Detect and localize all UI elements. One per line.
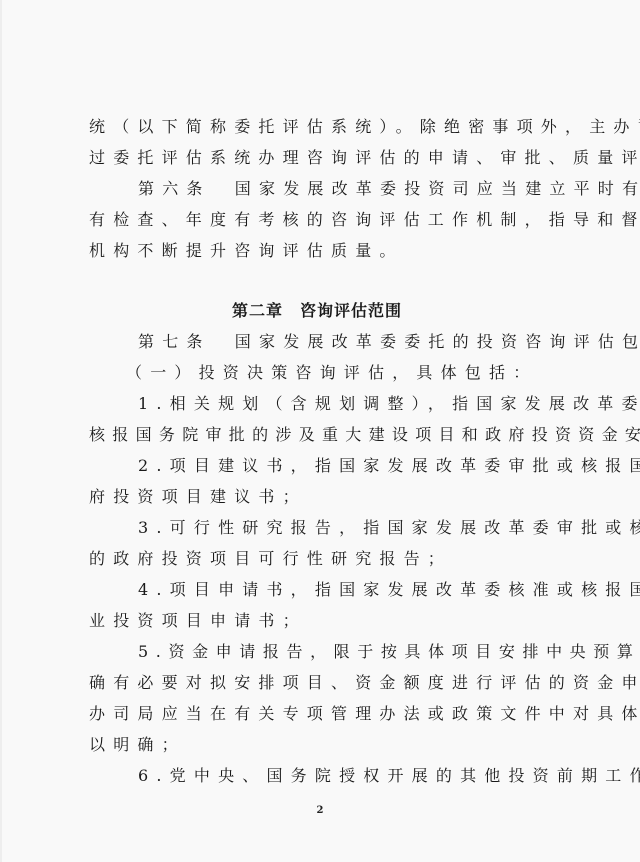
item-2-line: 2.项目建议书，指国家发展改革委审批或核报国务院审批的政 [89, 450, 555, 481]
subsection-heading: （一）投资决策咨询评估，具体包括： [89, 357, 555, 388]
text-line: 办司局应当在有关专项管理办法或政策文件中对具体适用情形予 [89, 698, 555, 729]
text-line: 有检查、年度有考核的咨询评估工作机制，指导和督促咨询评估 [89, 204, 555, 235]
chapter-heading: 第二章 咨询评估范围 [79, 295, 555, 326]
text-line: 的政府投资项目可行性研究报告； [89, 543, 555, 574]
document-body: 统（以下简称委托评估系统）。除绝密事项外，主办司局应当通 过委托评估系统办理咨询… [89, 111, 555, 791]
item-4-line: 4.项目申请书，指国家发展改革委核准或核报国务院核准的企 [89, 574, 555, 605]
section-gap [89, 266, 555, 295]
text-line: 机构不断提升咨询评估质量。 [89, 235, 555, 266]
page-edge [0, 0, 2, 862]
text-line: 府投资项目建议书； [89, 481, 555, 512]
item-3-line: 3.可行性研究报告，指国家发展改革委审批或核报国务院审批 [89, 512, 555, 543]
page-number: 2 [0, 805, 640, 816]
item-5-line: 5.资金申请报告，限于按具体项目安排中央预算内投资资金时， [89, 636, 555, 667]
text-line: 过委托评估系统办理咨询评估的申请、审批、质量评价等事项。 [89, 142, 555, 173]
text-line: 统（以下简称委托评估系统）。除绝密事项外，主办司局应当通 [89, 111, 555, 142]
article-7-line: 第七条 国家发展改革委委托的投资咨询评估包括以下事项： [89, 326, 555, 357]
text-line: 确有必要对拟安排项目、资金额度进行评估的资金申请报告，主 [89, 667, 555, 698]
article-6-line: 第六条 国家发展改革委投资司应当建立平时有交流、年中 [89, 173, 555, 204]
text-line: 以明确； [89, 729, 555, 760]
item-1-line: 1.相关规划（含规划调整），指国家发展改革委审批、编制或 [89, 388, 555, 419]
text-line: 核报国务院审批的涉及重大建设项目和政府投资资金安排的规划； [89, 419, 555, 450]
text-line: 业投资项目申请书； [89, 605, 555, 636]
item-6-line: 6.党中央、国务院授权开展的其他投资前期工作审核评估。 [89, 760, 555, 791]
